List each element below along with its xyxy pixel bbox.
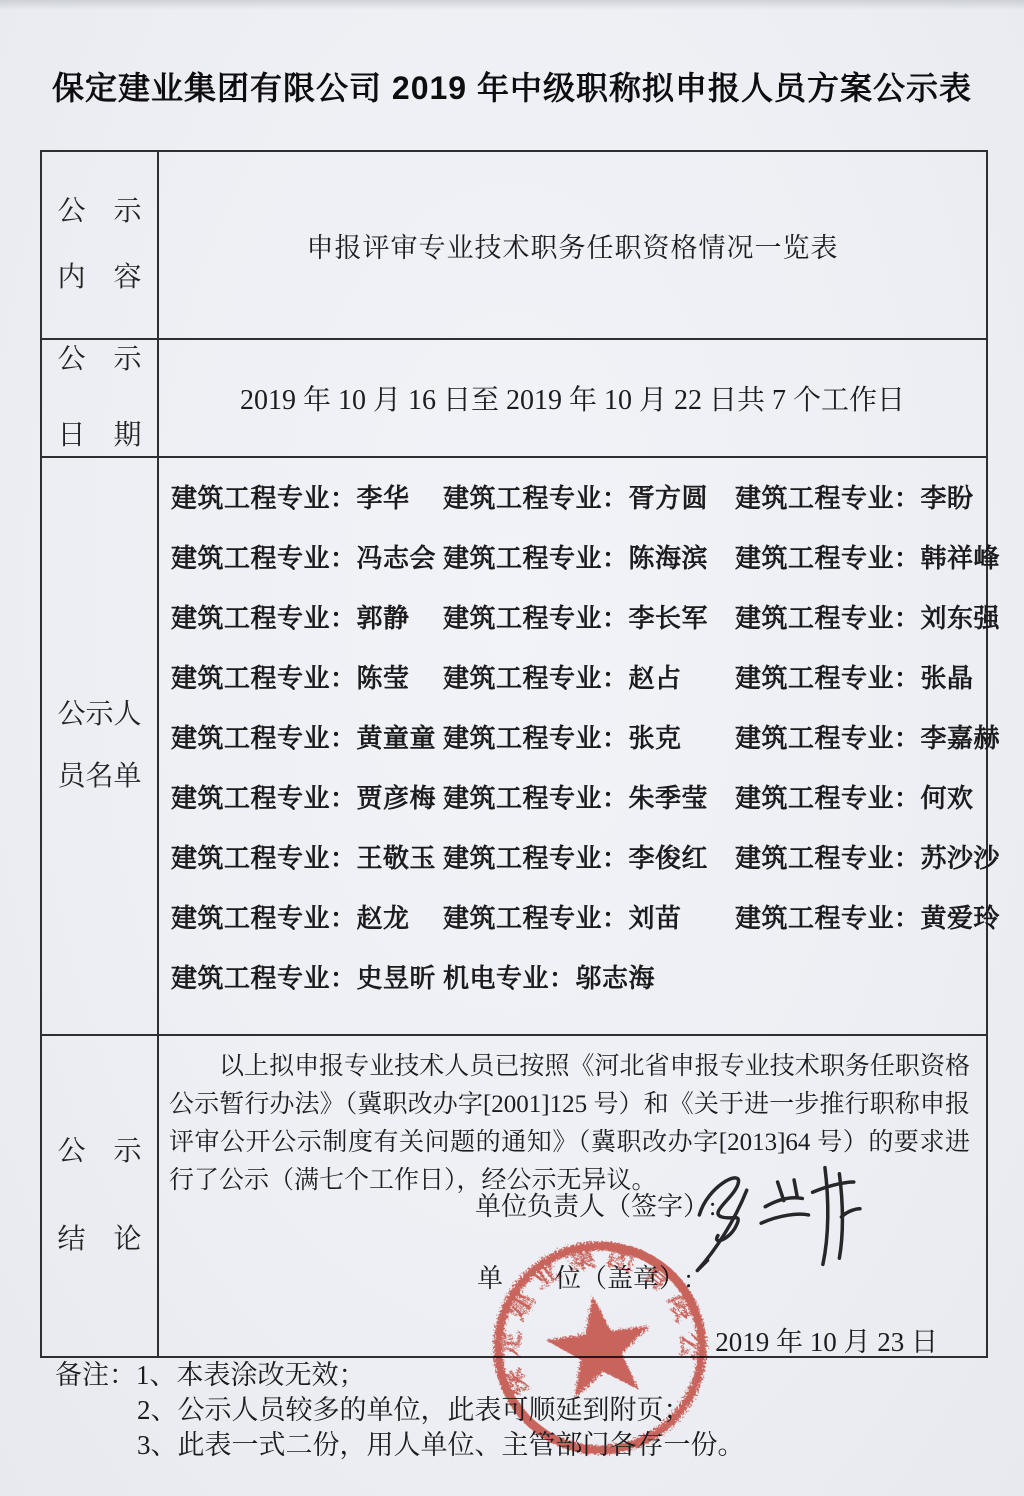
personnel-entry: 建筑工程专业：冯志会 — [171, 538, 443, 575]
date-value-text: 2019 年 10 月 16 日至 2019 年 10 月 22 日共 7 个工… — [240, 378, 905, 418]
footer-notes: 备注：1、本表涂改无效； 2、公示人员较多的单位，此表可顺延到附页； 3、此表一… — [55, 1358, 745, 1463]
row-label-line: 日 期 — [57, 418, 141, 454]
table-row-conclusion: 公 示 结 论 以上拟申报专业技术人员已按照《河北省申报专业技术职务任职资格公示… — [42, 1034, 986, 1356]
note-item: 3、此表一式二份，用人单位、主管部门各存一份。 — [137, 1430, 745, 1460]
personnel-entry: 建筑工程专业：李长军 — [443, 598, 735, 635]
row-label-date: 公 示 日 期 — [42, 340, 159, 456]
note-item: 2、公示人员较多的单位，此表可顺延到附页； — [137, 1395, 691, 1425]
personnel-line: 建筑工程专业：李华 建筑工程专业：胥方圆 建筑工程专业：李盼 — [171, 466, 1000, 526]
personnel-entry: 建筑工程专业：李嘉赫 — [735, 718, 1000, 755]
personnel-line: 建筑工程专业：陈莹 建筑工程专业：赵占 建筑工程专业：张晶 — [171, 646, 1000, 706]
table-row-content: 公 示 内 容 申报评审专业技术职务任职资格情况一览表 — [42, 152, 986, 338]
personnel-entry: 建筑工程专业：李华 — [171, 478, 443, 515]
personnel-line: 建筑工程专业：史昱昕 机电专业：邬志海 — [171, 946, 1000, 1006]
row-label-conclusion: 公 示 结 论 — [42, 1036, 159, 1356]
row-label-line: 员名单 — [57, 759, 141, 795]
personnel-line: 建筑工程专业：冯志会 建筑工程专业：陈海滨 建筑工程专业：韩祥峰 — [171, 526, 1000, 586]
personnel-entry: 建筑工程专业：黄童童 — [171, 718, 443, 755]
cell-content-value: 申报评审专业技术职务任职资格情况一览表 — [159, 152, 986, 338]
notes-prefix: 备注： — [55, 1360, 136, 1390]
personnel-entry: 建筑工程专业：苏沙沙 — [735, 838, 1000, 875]
row-label-line: 公示人 — [57, 697, 141, 733]
signature-stroke — [813, 1182, 854, 1192]
seal-label: 单 位（盖章）: — [477, 1258, 692, 1295]
personnel-entry: 建筑工程专业：张晶 — [735, 658, 1000, 695]
personnel-entry: 建筑工程专业：李盼 — [735, 478, 1000, 515]
personnel-entry: 建筑工程专业：贾彦梅 — [171, 778, 443, 815]
note-line: 2、公示人员较多的单位，此表可顺延到附页； — [55, 1393, 745, 1428]
note-line: 3、此表一式二份，用人单位、主管部门各存一份。 — [55, 1428, 745, 1463]
personnel-entry: 建筑工程专业：刘东强 — [735, 598, 1000, 635]
cell-conclusion: 以上拟申报专业技术人员已按照《河北省申报专业技术职务任职资格公示暂行办法》（冀职… — [159, 1036, 986, 1356]
row-label-personnel: 公示人 员名单 — [42, 458, 159, 1034]
personnel-entry: 建筑工程专业：郭静 — [171, 598, 443, 635]
row-label-line: 内 容 — [57, 260, 141, 296]
scanned-document-page: { "title": "保定建业集团有限公司 2019 年中级职称拟申报人员方案… — [0, 0, 1024, 1496]
signer-label: 单位负责人（签字）: — [475, 1186, 716, 1223]
scan-edge-shadow — [0, 0, 1024, 10]
personnel-line: 建筑工程专业：黄童童 建筑工程专业：张克 建筑工程专业：李嘉赫 — [171, 706, 1000, 766]
signature-stroke — [823, 1168, 828, 1265]
personnel-entry: 建筑工程专业：李俊红 — [443, 838, 735, 875]
row-label-line: 公 示 — [57, 194, 141, 230]
signature-stroke — [699, 1178, 738, 1241]
table-row-date: 公 示 日 期 2019 年 10 月 16 日至 2019 年 10 月 22… — [42, 338, 986, 456]
sign-date: 2019 年 10 月 23 日 — [715, 1320, 938, 1359]
personnel-entry: 建筑工程专业：韩祥峰 — [735, 538, 1000, 575]
personnel-entry: 建筑工程专业：赵占 — [443, 658, 735, 695]
note-item: 1、本表涂改无效； — [136, 1360, 366, 1390]
personnel-entry: 建筑工程专业：史昱昕 — [171, 958, 443, 995]
personnel-entry: 建筑工程专业：黄爱玲 — [735, 898, 1000, 935]
personnel-entry: 建筑工程专业：刘苗 — [443, 898, 735, 935]
cell-personnel-list: 建筑工程专业：李华 建筑工程专业：胥方圆 建筑工程专业：李盼 建筑工程专业：冯志… — [159, 458, 1008, 1034]
personnel-line: 建筑工程专业：赵龙 建筑工程专业：刘苗 建筑工程专业：黄爱玲 — [171, 886, 1000, 946]
personnel-entry: 建筑工程专业：陈莹 — [171, 658, 443, 695]
row-label-line: 公 示 — [57, 342, 141, 378]
personnel-entry: 建筑工程专业：王敬玉 — [171, 838, 443, 875]
personnel-entry: 建筑工程专业：何欢 — [735, 778, 1000, 815]
personnel-entry: 建筑工程专业：朱季莹 — [443, 778, 735, 815]
personnel-entry: 建筑工程专业：陈海滨 — [443, 538, 735, 575]
handwritten-signature — [687, 1154, 862, 1280]
page-title: 保定建业集团有限公司 2019 年中级职称拟申报人员方案公示表 — [0, 63, 1024, 109]
personnel-entry: 建筑工程专业：张克 — [443, 718, 735, 755]
personnel-entry: 机电专业：邬志海 — [443, 958, 735, 995]
table-row-personnel: 公示人 员名单 建筑工程专业：李华 建筑工程专业：胥方圆 建筑工程专业：李盼 建… — [42, 456, 986, 1034]
note-line: 备注：1、本表涂改无效； — [55, 1358, 745, 1393]
row-label-line: 结 论 — [57, 1222, 141, 1258]
personnel-entry: 建筑工程专业：赵龙 — [171, 898, 443, 935]
personnel-line: 建筑工程专业：郭静 建筑工程专业：李长军 建筑工程专业：刘东强 — [171, 586, 1000, 646]
personnel-line: 建筑工程专业：王敬玉 建筑工程专业：李俊红 建筑工程专业：苏沙沙 — [171, 826, 1000, 886]
cell-date-value: 2019 年 10 月 16 日至 2019 年 10 月 22 日共 7 个工… — [159, 340, 986, 456]
personnel-entry: 建筑工程专业：胥方圆 — [443, 478, 735, 515]
row-label-line: 公 示 — [57, 1134, 141, 1170]
signature-stroke — [839, 1174, 860, 1258]
content-value-text: 申报评审专业技术职务任职资格情况一览表 — [307, 226, 839, 265]
row-label-content: 公 示 内 容 — [42, 152, 159, 338]
personnel-line: 建筑工程专业：贾彦梅 建筑工程专业：朱季莹 建筑工程专业：何欢 — [171, 766, 1000, 826]
notice-table: 公 示 内 容 申报评审专业技术职务任职资格情况一览表 公 示 日 期 2019… — [40, 150, 988, 1358]
